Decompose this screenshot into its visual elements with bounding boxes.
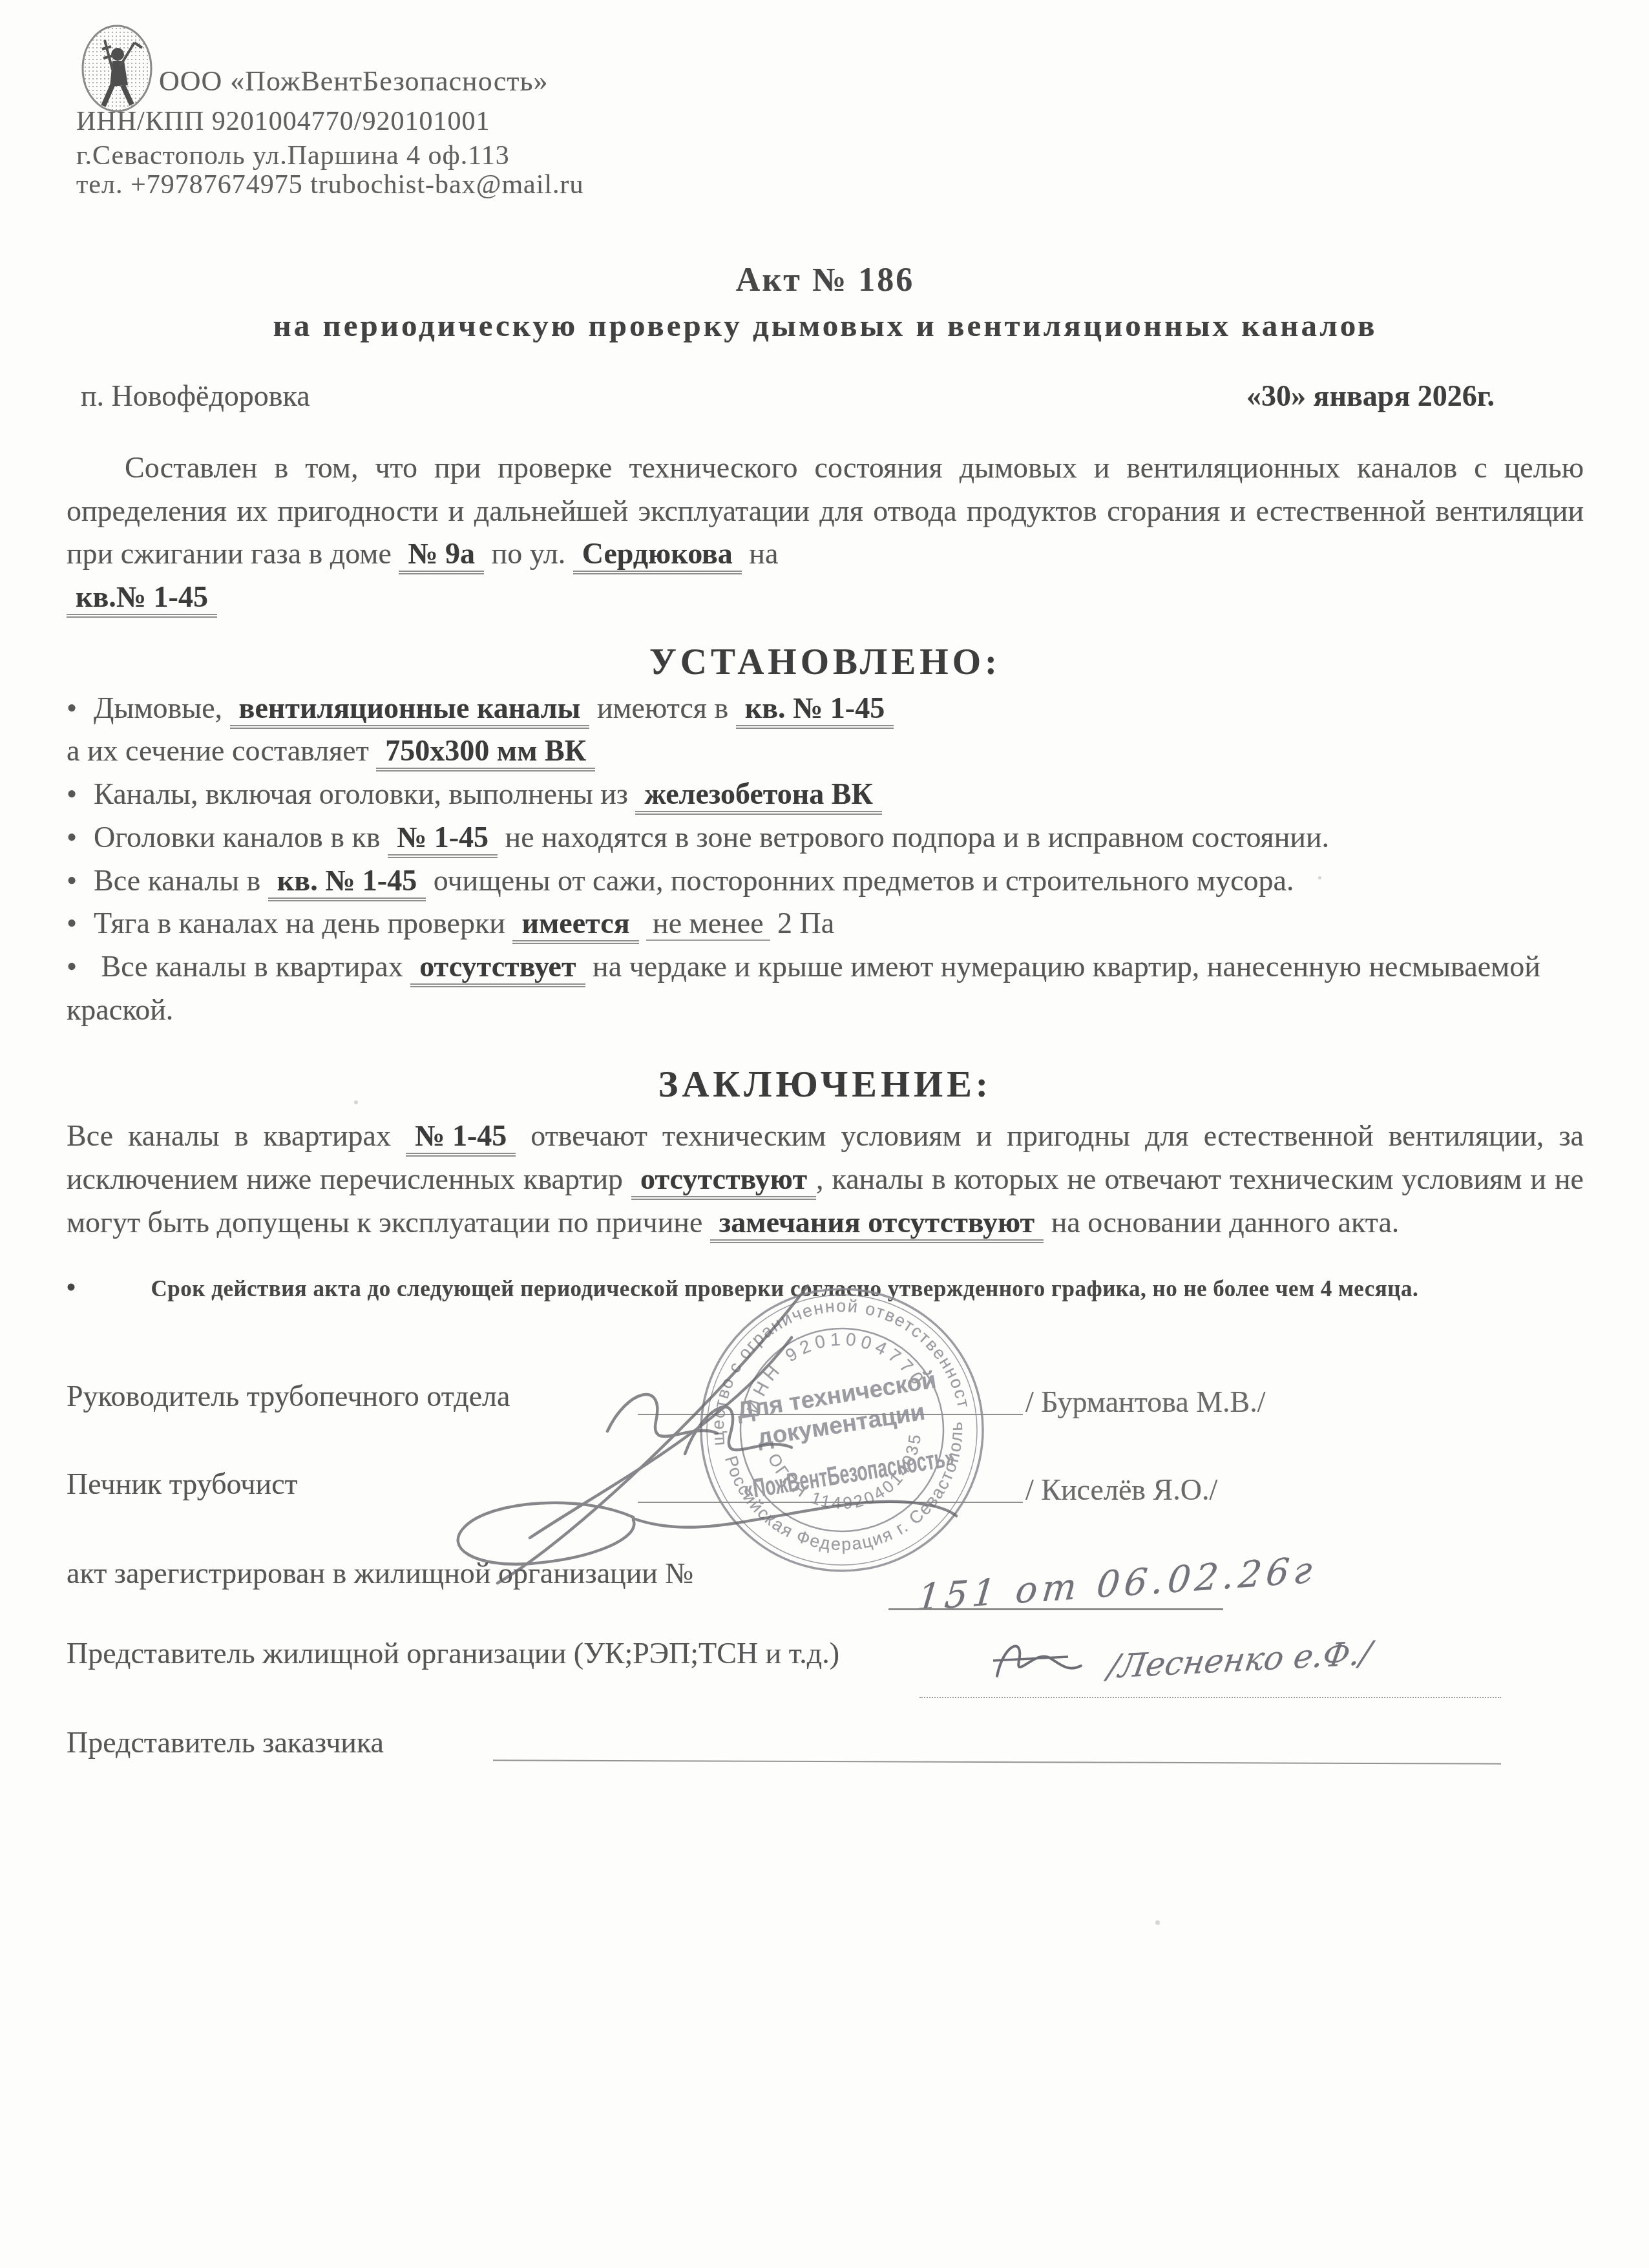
not-less-underline: не менее [646, 907, 770, 941]
scan-speck [1155, 1920, 1160, 1925]
scanned-act-document: ООО «ПожВентБезопасность» ИНН/КПП 920100… [0, 0, 1649, 2268]
street-fill: Сердюкова [573, 537, 742, 574]
item-text: Оголовки каналов в кв [94, 821, 380, 854]
list-item-numbering: • Все каналы в квартирах отсутствует на … [67, 945, 1584, 1031]
conclusion-paragraph: Все каналы в квартирах №1-45 отвечают те… [67, 1115, 1584, 1244]
signer-name: / Бурмантова М.В./ [1025, 1385, 1266, 1419]
role-label: Печник трубочист [67, 1467, 298, 1500]
signature-flourish-icon [991, 1632, 1100, 1690]
bullet-icon: • [67, 902, 77, 945]
signature-line-dotted [919, 1697, 1501, 1698]
list-item-section: а их сечение составляет 750х300 мм ВК [67, 730, 1584, 773]
item-text: имеются в [597, 691, 728, 724]
material-fill: железобетона ВК [635, 777, 881, 815]
bullet-icon: • [67, 1272, 76, 1303]
list-item-heads: •Оголовки каналов в кв № 1-45 не находят… [67, 816, 1584, 859]
item-text: Тяга в каналах на день проверки [94, 907, 505, 940]
intro-text: Составлен в том, что при проверке технич… [67, 451, 1584, 570]
housing-sign-text: /Лесненко е.Ф./ [1105, 1634, 1374, 1686]
item-text: 2 Па [777, 907, 834, 940]
item-text: а их сечение составляет [67, 734, 369, 767]
apartments-fill: кв.№ 1-45 [67, 580, 217, 618]
place-date-row: п. Новофёдоровка «30» января 2026г. [67, 379, 1584, 413]
list-item-channels: •Дымовые, вентиляционные каналы имеются … [67, 687, 1584, 730]
bullet-icon: • [67, 773, 77, 816]
act-number-title: Акт № 186 [67, 261, 1584, 299]
scan-speck [1318, 876, 1321, 879]
bullet-icon: • [67, 816, 77, 859]
item-text: Все каналы в квартирах [101, 950, 403, 983]
apartments-fill: кв. № 1-45 [268, 864, 426, 901]
apartments-fill: №1-45 [406, 1119, 516, 1157]
channels-fill: вентиляционные каналы [230, 691, 590, 729]
housing-handwritten-signature: /Лесненко е.Ф./ [991, 1632, 1371, 1690]
absent-fill: отсутствует [410, 950, 585, 987]
remarks-fill: замечания отсутствуют [710, 1206, 1044, 1243]
conclusion-text: Все каналы в квартирах [67, 1119, 391, 1152]
list-item-draft: •Тяга в каналах на день проверки имеется… [67, 902, 1584, 945]
intro-text: на [749, 537, 778, 570]
item-text: Все каналы в [94, 864, 260, 897]
section-size-fill: 750х300 мм ВК [376, 734, 595, 772]
established-heading: УСТАНОВЛЕНО: [67, 641, 1584, 683]
intro-paragraph: Составлен в том, что при проверке технич… [67, 446, 1584, 619]
place-label: п. Новофёдоровка [81, 379, 310, 413]
bullet-icon: • [67, 945, 77, 989]
list-item-material: •Каналы, включая оголовки, выполнены из … [67, 773, 1584, 816]
bullet-icon: • [67, 687, 77, 730]
absent-fill: отсутствуют [631, 1162, 816, 1200]
list-item-cleaned: •Все каналы в кв. № 1-45 очищены от сажи… [67, 859, 1584, 903]
draft-fill: имеется [512, 907, 638, 944]
signature-row-customer: Представитель заказчика [67, 1725, 1584, 1767]
apartments-fill: кв. № 1-45 [736, 691, 894, 729]
role-label: Представитель жилищной организации (УК;Р… [67, 1637, 839, 1670]
signature-row-housing-representative: Представитель жилищной организации (УК;Р… [67, 1636, 1584, 1685]
act-subtitle: на периодическую проверку дымовых и вент… [67, 307, 1584, 344]
date-label: «30» января 2026г. [1246, 379, 1495, 413]
item-text: не находятся в зоне ветрового подпора и … [505, 821, 1329, 854]
established-list: •Дымовые, вентиляционные каналы имеются … [67, 687, 1584, 1032]
item-text: Дымовые, [94, 691, 222, 724]
item-text: очищены от сажи, посторонних предметов и… [434, 864, 1294, 897]
bullet-icon: • [67, 859, 77, 903]
intro-text: по ул. [492, 537, 566, 570]
signature-line [493, 1760, 1501, 1765]
handwritten-signature-strokes [414, 1260, 1060, 1622]
apartments-fill: № 1-45 [388, 821, 498, 858]
item-text: Каналы, включая оголовки, выполнены из [94, 777, 628, 810]
conclusion-heading: ЗАКЛЮЧЕНИЕ: [67, 1062, 1584, 1106]
house-number-fill: № 9а [399, 537, 484, 574]
conclusion-text: на основании данного акта. [1051, 1206, 1400, 1239]
scan-speck [354, 1100, 358, 1104]
role-label: Представитель заказчика [67, 1726, 384, 1759]
